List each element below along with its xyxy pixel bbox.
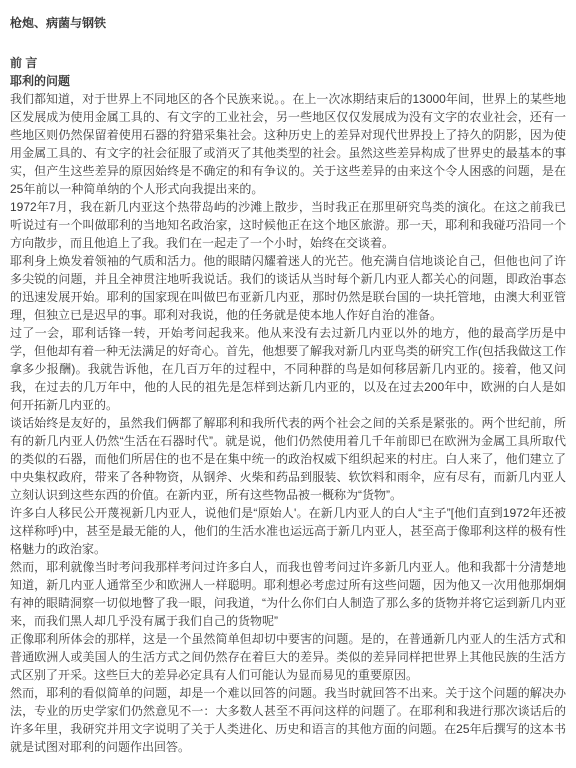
paragraph: 许多白人移民公开蔑视新几内亚人，说他们是“原始人'。在新几内亚人的白人“主子”[… [10, 504, 566, 558]
paragraph: 我们都知道，对于世界上不同地区的各个民族来说。。在上一次冰期结束后的13000年… [10, 90, 566, 198]
paragraph: 过了一会，耶利话锋一转，开始考问起我来。他从来没有去过新几内亚以外的地方，他的最… [10, 324, 566, 414]
preface-heading: 前 言 [10, 54, 566, 72]
paragraph: 耶利身上焕发着领袖的气质和活力。他的眼睛闪耀着迷人的光芒。他充满自信地谈论自己，… [10, 252, 566, 324]
paragraph: 然而，耶利就像当时考问我那样考问过许多白人，而我也曾考问过许多新几内亚人。他和我… [10, 558, 566, 630]
chapter-subheading: 耶利的问题 [10, 72, 566, 90]
paragraph: 1972年7月，我在新几内亚这个热带岛屿的沙滩上散步，当时我正在那里研究鸟类的演… [10, 198, 566, 252]
book-title: 枪炮、病菌与钢铁 [10, 14, 566, 32]
body-text: 我们都知道，对于世界上不同地区的各个民族来说。。在上一次冰期结束后的13000年… [10, 90, 566, 756]
paragraph: 然而，耶利的看似简单的问题，却是一个难以回答的问题。我当时就回答不出来。关于这个… [10, 684, 566, 756]
document-page: 枪炮、病菌与钢铁 前 言 耶利的问题 我们都知道，对于世界上不同地区的各个民族来… [0, 0, 576, 768]
paragraph: 正像耶利所体会的那样，这是一个虽然简单但却切中要害的问题。是的，在普通新几内亚人… [10, 630, 566, 684]
paragraph: 谈话始终是友好的，虽然我们俩都了解耶利和我所代表的两个社会之间的关系是紧张的。两… [10, 414, 566, 504]
